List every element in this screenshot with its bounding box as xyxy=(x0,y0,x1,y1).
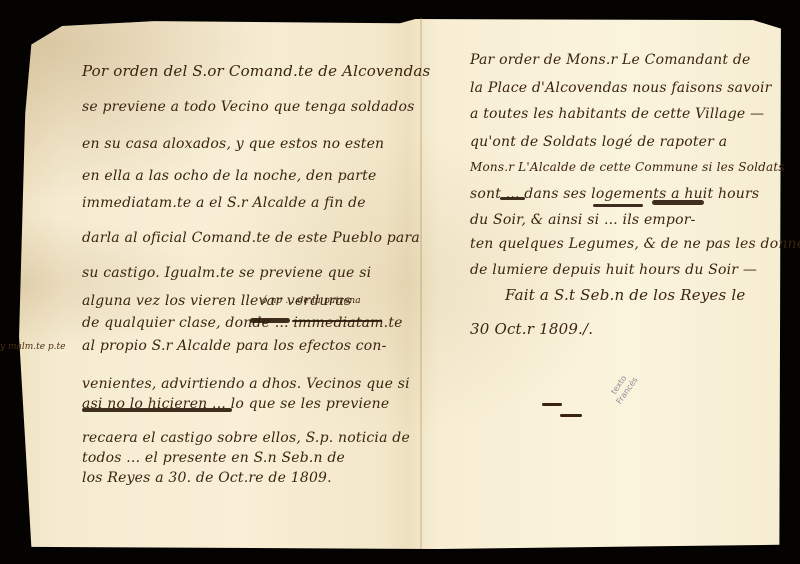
left-line-9: de qualquier clase, donde ... immediatam… xyxy=(82,315,403,331)
right-line-11: 30 Oct.r 1809./. xyxy=(470,320,593,338)
left-line-7: su castigo. Igualm.te se previene que si xyxy=(82,265,371,281)
left-line-11: venientes, advirtiendo a dhos. Vecinos q… xyxy=(82,376,410,392)
center-fold xyxy=(420,18,422,549)
right-line-4: qu'ont de Soldats logé de rapoter a xyxy=(470,134,727,150)
margin-note: y malm.te p.te xyxy=(0,342,66,352)
right-line-10: Fait a S.t Seb.n de los Reyes le xyxy=(505,286,746,304)
interlinear-note: ó no ... de la patrona xyxy=(262,296,361,306)
ink-strikethrough xyxy=(652,200,704,205)
left-line-4: en ella a las ocho de la noche, den part… xyxy=(82,168,377,184)
right-line-1: Par order de Mons.r Le Comandant de xyxy=(470,52,751,68)
right-line-8: ten quelques Legumes, & de ne pas les do… xyxy=(470,236,800,252)
ink-strikethrough xyxy=(82,408,232,412)
left-line-13: recaera el castigo sobre ellos, S.p. not… xyxy=(82,430,410,446)
left-line-10: al propio S.r Alcalde para los efectos c… xyxy=(82,338,387,354)
right-line-9: de lumiere depuis huit hours du Soir — xyxy=(470,262,757,278)
left-line-15: los Reyes a 30. de Oct.re de 1809. xyxy=(82,470,332,486)
left-line-6: darla al oficial Comand.te de este Puebl… xyxy=(82,230,420,246)
ink-strikethrough xyxy=(500,197,525,200)
left-line-14: todos ... el presente en S.n Seb.n de xyxy=(82,450,345,466)
ink-strikethrough xyxy=(292,320,382,322)
left-line-1: Por orden del S.or Comand.te de Alcovend… xyxy=(82,62,430,80)
right-line-3: a toutes les habitants de cette Village … xyxy=(470,106,764,122)
ink-strikethrough xyxy=(593,204,643,207)
ink-strikethrough xyxy=(250,318,290,323)
right-line-5: Mons.r L'Alcalde de cette Commune si les… xyxy=(470,160,785,174)
right-line-7: du Soir, & ainsi si ... ils empor- xyxy=(470,212,696,228)
left-line-2: se previene a todo Vecino que tenga sold… xyxy=(82,99,414,115)
right-line-2: la Place d'Alcovendas nous faisons savoi… xyxy=(470,80,772,96)
left-line-5: immediatam.te a el S.r Alcalde a fin de xyxy=(82,195,366,211)
left-line-3: en su casa aloxados, y que estos no este… xyxy=(82,136,384,152)
